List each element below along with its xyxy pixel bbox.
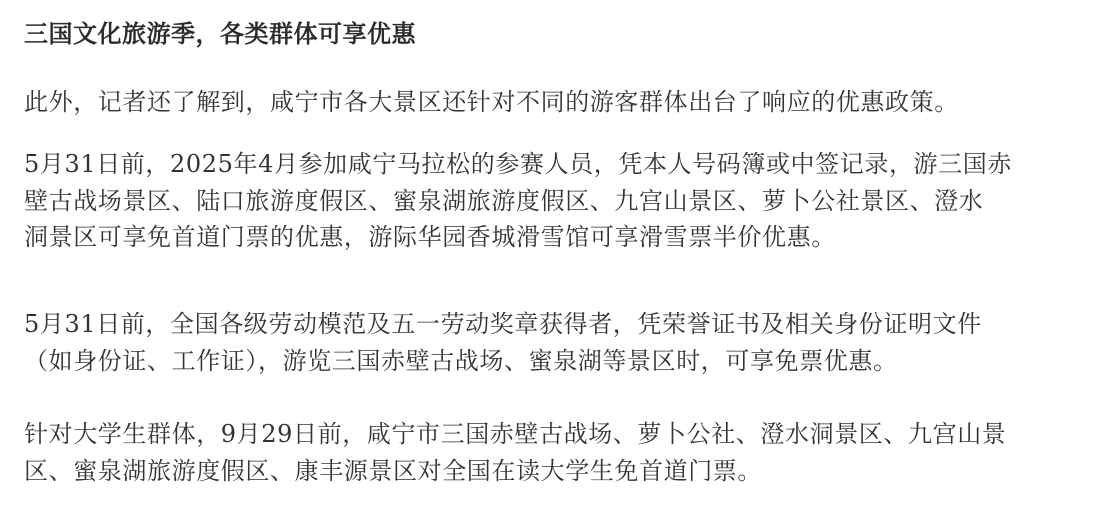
section-heading: 三国文化旅游季，各类群体可享优惠 [24, 19, 416, 49]
paragraph-student-offer: 针对大学生群体，9月29日前，咸宁市三国赤壁古战场、萝卜公社、澄水洞景区、九宫山… [24, 416, 1006, 489]
paragraph-line: 区、蜜泉湖旅游度假区、康丰源景区对全国在读大学生免首道门票。 [24, 453, 1006, 490]
paragraph-line: （如身份证、工作证），游览三国赤壁古战场、蜜泉湖等景区时，可享免票优惠。 [24, 343, 982, 380]
paragraph-line: 5月31日前，全国各级劳动模范及五一劳动奖章获得者，凭荣誉证书及相关身份证明文件 [24, 306, 982, 343]
paragraph-line: 此外，记者还了解到，咸宁市各大景区还针对不同的游客群体出台了响应的优惠政策。 [24, 84, 959, 121]
paragraph-line: 洞景区可享免首道门票的优惠，游际华园香城滑雪馆可享滑雪票半价优惠。 [24, 219, 1012, 256]
paragraph-intro: 此外，记者还了解到，咸宁市各大景区还针对不同的游客群体出台了响应的优惠政策。 [24, 84, 959, 121]
paragraph-line: 针对大学生群体，9月29日前，咸宁市三国赤壁古战场、萝卜公社、澄水洞景区、九宫山… [24, 416, 1006, 453]
paragraph-line: 5月31日前，2025年4月参加咸宁马拉松的参赛人员，凭本人号码簿或中签记录，游… [24, 146, 1012, 183]
paragraph-marathon-offer: 5月31日前，2025年4月参加咸宁马拉松的参赛人员，凭本人号码簿或中签记录，游… [24, 146, 1012, 256]
paragraph-labor-model-offer: 5月31日前，全国各级劳动模范及五一劳动奖章获得者，凭荣誉证书及相关身份证明文件… [24, 306, 982, 379]
paragraph-line: 壁古战场景区、陆口旅游度假区、蜜泉湖旅游度假区、九宫山景区、萝卜公社景区、澄水 [24, 183, 1012, 220]
